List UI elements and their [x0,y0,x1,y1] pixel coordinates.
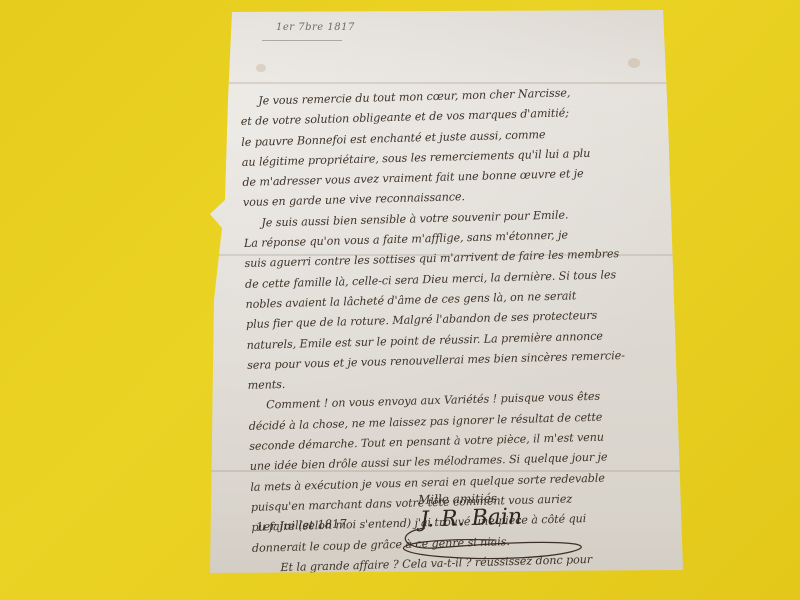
header-note: 1er 7bre 1817 [276,22,355,33]
closing-salutation: Mille amitiés [418,491,497,506]
header-underline [262,40,342,41]
paper-stain [256,64,266,72]
paper-stain [628,58,640,68]
signature-flourish-icon [395,520,595,570]
